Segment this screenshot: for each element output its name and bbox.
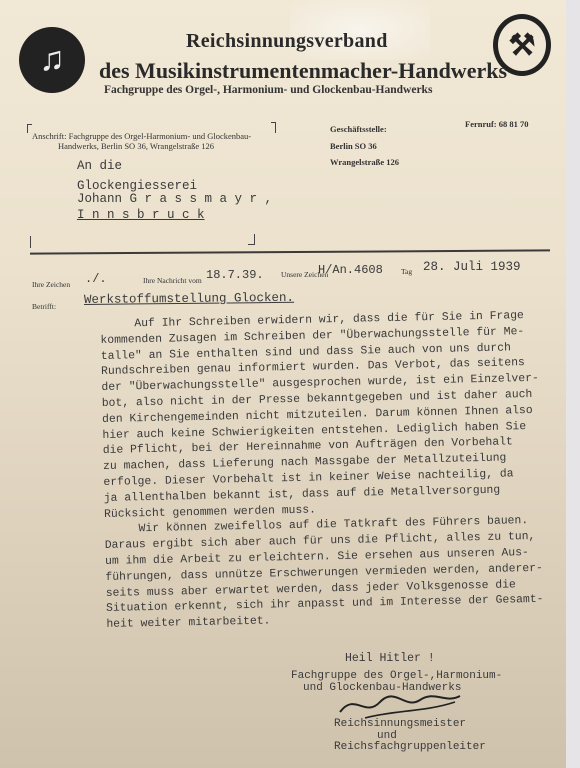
betrifft-label: Betrifft: [32,302,56,311]
closing-org-1: Fachgruppe des Orgel-,Harmonium- [291,670,502,682]
phone-label: Fernruf: [465,119,497,129]
recipient-line-2: Glockengiesserei [77,179,197,193]
musical-instruments-emblem-icon: ♫ [19,27,85,93]
signer-title-3: Reichsfachgruppenleiter [334,741,486,753]
tag-label: Tag [401,267,412,276]
frame-edge [566,0,580,768]
recipient-city: I n n s b r u c k [77,208,205,222]
ihre-nachricht-value: 18.7.39. [206,268,264,282]
sender-line-1: Anschrift: Fachgruppe des Orgel-Harmoniu… [32,131,251,141]
ihre-nachricht-label: Ihre Nachricht vom [143,276,202,285]
letter-body: Auf Ihr Schreiben erwidern wir, dass die… [100,309,547,634]
letter-subject: Werkstoffumstellung Glocken. [84,291,294,307]
recipient-line-3: Johann G r a s s m a y r , [77,192,272,206]
signer-title-1: Reichsinnungsmeister [334,718,466,730]
letterhead-subtitle: Fachgruppe des Orgel-, Harmonium- und Gl… [104,84,432,96]
letter-date: 28. Juli 1939 [423,260,521,274]
office-city: Berlin SO 36 [330,141,377,151]
handwritten-signature [335,690,465,720]
window-corner [248,234,255,245]
window-corner [271,122,276,133]
closing-salutation: Heil Hitler ! [345,652,435,665]
phone-number: 68 81 70 [499,119,529,129]
ihre-zeichen-value: ./. [85,272,107,286]
ihre-zeichen-label: Ihre Zeichen [32,280,70,289]
window-corner [30,236,35,248]
office-label: Geschäftsstelle: [330,124,387,134]
recipient-line-1: An die [77,159,122,173]
office-street: Wrangelstraße 126 [330,157,399,167]
phone-row: Fernruf: 68 81 70 [465,119,529,129]
letterhead-title-2: des Musikinstrumentenmacher-Handwerks [99,58,507,84]
unsere-zeichen-value: H/An.4608 [318,263,383,277]
sender-line-2: Handwerks, Berlin SO 36, Wrangelstraße 1… [58,141,214,151]
letterhead-title-1: Reichsinnungsverband [186,30,388,53]
